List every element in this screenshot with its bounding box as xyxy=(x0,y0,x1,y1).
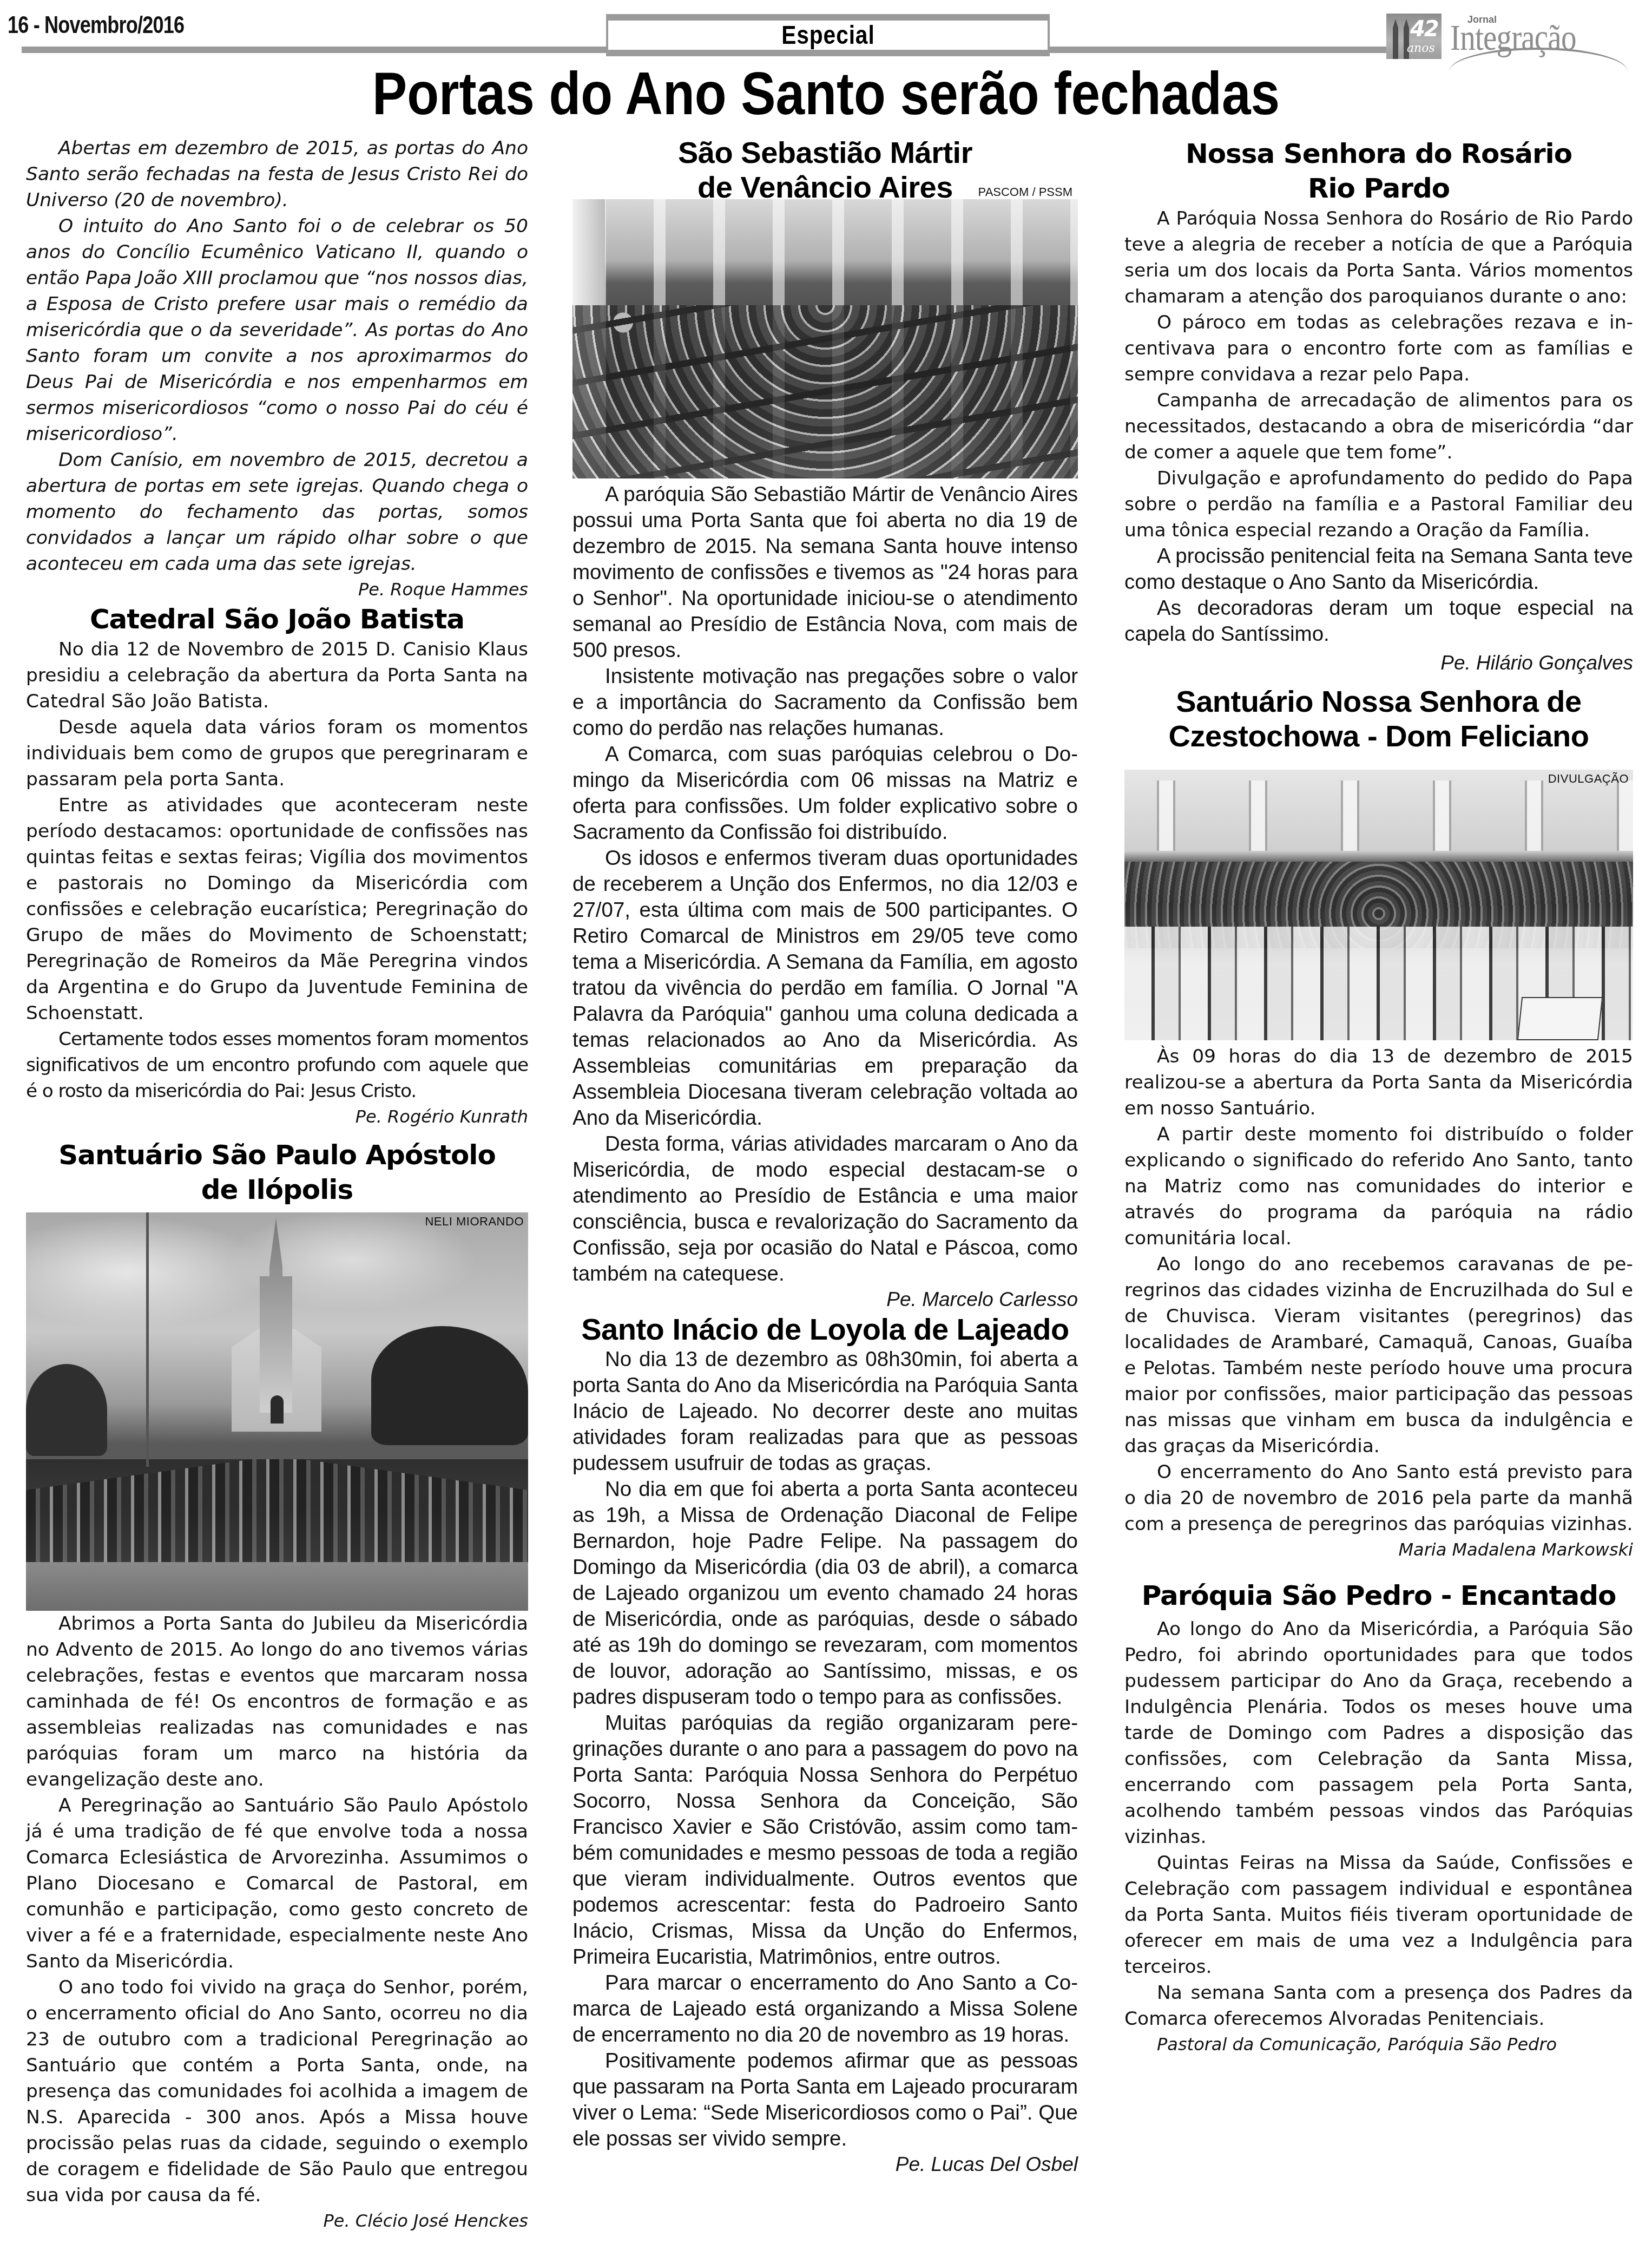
article-paragraph: Campanha de arrecadação de alimentos par… xyxy=(1124,388,1633,465)
crowd xyxy=(26,1459,528,1562)
article-encantado: Paróquia São Pedro - Encantado Ao longo … xyxy=(1124,1578,1633,2057)
article-signature: Pastoral da Comunicação, Paróquia São Pe… xyxy=(1124,2032,1633,2057)
article-paragraph: Para marcar o encerramento do Ano Santo … xyxy=(572,1970,1078,2048)
church-door xyxy=(271,1395,284,1424)
article-title: Paróquia São Pedro - Encantado xyxy=(1124,1578,1633,1613)
article-signature: Pe. Lucas Del Osbel xyxy=(572,2152,1078,2177)
article-signature: Pe. Hilário Gonçalves xyxy=(1124,651,1633,675)
photo-santuario-interior: DIVULGAÇÃO xyxy=(1124,770,1633,1040)
page-headline: Portas do Ano Santo serão fechadas xyxy=(116,58,1537,128)
article-paragraph: Divulgação e aprofundamento do pedido do… xyxy=(1124,465,1633,543)
section-label-box: Especial xyxy=(606,14,1050,56)
article-lajeado: Santo Inácio de Loyola de Lajeado No dia… xyxy=(572,1312,1078,2177)
article-dom-feliciano: Santuário Nossa Senhora de Czestochowa -… xyxy=(1124,684,1633,1562)
church-tower xyxy=(260,1218,292,1413)
article-title: Santuário São Paulo Apóstolo xyxy=(26,1138,528,1172)
article-paragraph: O pároco em todas as celebrações rezava … xyxy=(1124,310,1633,388)
article-paragraph: Entre as atividades que aconteceram nest… xyxy=(26,792,528,1026)
intro-article: Abertas em dezembro de 2015, as portas d… xyxy=(26,135,528,602)
article-paragraph: Quintas Feiras na Missa da Saúde, Confis… xyxy=(1124,1850,1633,1980)
article-paragraph: Às 09 horas do dia 13 de dezembro de 201… xyxy=(1124,1044,1633,1121)
intro-paragraph: Abertas em dezembro de 2015, as portas d… xyxy=(26,135,528,213)
article-title: Catedral São João Batista xyxy=(26,602,528,637)
article-title: Nossa Senhora do Rosário xyxy=(1124,136,1633,171)
photo-credit: PASCOM / PSSM xyxy=(978,185,1072,199)
article-ilopolis: Santuário São Paulo Apóstolo de Ilópolis… xyxy=(26,1138,528,2233)
article-title: São Sebastião Mártir xyxy=(572,135,1078,170)
article-paragraph: As decoradoras deram um toque especial n… xyxy=(1124,595,1633,647)
page-date: 16 - Novembro/2016 xyxy=(8,12,184,39)
article-signature: Maria Madalena Markowski xyxy=(1124,1537,1633,1562)
photo-procession-santuario: NELI MIORANDO xyxy=(26,1212,528,1611)
article-paragraph: Os idosos e enfermos tiveram duas oportu… xyxy=(572,845,1078,1131)
article-signature: Pe. Marcelo Carlesso xyxy=(572,1287,1078,1312)
article-paragraph: Ao longo do Ano da Misericórdia, a Paróq… xyxy=(1124,1616,1633,1850)
badge-number: 42 xyxy=(1410,17,1438,42)
missal-book xyxy=(1517,997,1603,1040)
article-title-line2: Czestochowa - Dom Feliciano xyxy=(1124,719,1633,753)
article-rio-pardo: Nossa Senhora do Rosário Rio Pardo A Par… xyxy=(1124,136,1633,675)
section-label: Especial xyxy=(781,21,874,50)
article-paragraph: A Peregrinação ao Santuário São Paulo Ap… xyxy=(26,1793,528,1975)
badge-sub: anos xyxy=(1407,42,1435,55)
photo-credit: DIVULGAÇÃO xyxy=(1548,772,1629,786)
article-paragraph: O ano todo foi vivido na graça do Senhor… xyxy=(26,1975,528,2208)
article-catedral: Catedral São João Batista No dia 12 de N… xyxy=(26,602,528,1129)
logo-small-label: Jornal xyxy=(1467,14,1497,25)
column-1: Abertas em dezembro de 2015, as portas d… xyxy=(26,135,528,2233)
article-paragraph: Ao longo do ano recebemos caravanas de p… xyxy=(1124,1251,1633,1459)
article-paragraph: A paróquia São Sebastião Mártir de Venân… xyxy=(572,482,1078,664)
photo-credit: NELI MIORANDO xyxy=(425,1215,524,1229)
tree xyxy=(371,1326,528,1445)
column-3: Nossa Senhora do Rosário Rio Pardo A Par… xyxy=(1124,136,1633,2057)
article-paragraph: A procissão penitencial feita na Semana … xyxy=(1124,543,1633,595)
article-paragraph: A partir deste momento foi distribuído o… xyxy=(1124,1121,1633,1251)
photo-church-pews: PASCOM / PSSM xyxy=(572,199,1078,478)
street-lamp xyxy=(146,1212,149,1467)
intro-paragraph: O intuito do Ano Santo foi o de celebrar… xyxy=(26,213,528,447)
article-title-line2: de Ilópolis xyxy=(26,1172,528,1207)
article-paragraph: Insistente motivação nas pregações sobre… xyxy=(572,664,1078,742)
article-paragraph: Desde aquela data vários foram os moment… xyxy=(26,714,528,792)
article-paragraph: Muitas paróquias da região organizaram p… xyxy=(572,1710,1078,1970)
article-paragraph: Positivamente podemos afirmar que as pes… xyxy=(572,2048,1078,2152)
masthead-rule-left xyxy=(22,47,606,53)
article-title: Santuário Nossa Senhora de xyxy=(1124,684,1633,719)
intro-signature: Pe. Roque Hammes xyxy=(26,577,528,602)
article-venancio: São Sebastião Mártir de Venâncio Aires P… xyxy=(572,135,1078,1312)
article-paragraph: A Paróquia Nossa Senhora do Rosário de R… xyxy=(1124,206,1633,310)
article-signature: Pe. Clécio José Henckes xyxy=(26,2208,528,2233)
article-paragraph: No dia 13 de dezembro as 08h30min, foi a… xyxy=(572,1347,1078,1477)
column-2: São Sebastião Mártir de Venâncio Aires P… xyxy=(572,135,1078,2177)
article-paragraph: A Comarca, com suas paróquias celebrou o… xyxy=(572,742,1078,845)
article-paragraph: Abrimos a Porta Santa do Jubileu da Mise… xyxy=(26,1611,528,1793)
newspaper-logo: 42 anos Integração Jornal xyxy=(1385,12,1650,63)
article-paragraph: O encerramento do Ano Santo está previst… xyxy=(1124,1459,1633,1537)
article-paragraph: No dia 12 de Novembro de 2015 D. Canisio… xyxy=(26,637,528,714)
article-paragraph: Desta forma, várias atividades marcaram … xyxy=(572,1131,1078,1287)
article-paragraph: Na semana Santa com a presença dos Padre… xyxy=(1124,1980,1633,2032)
article-paragraph: Certamente todos esses momentos foram mo… xyxy=(26,1026,528,1104)
masthead-rule-right xyxy=(1050,47,1418,53)
tree xyxy=(26,1364,107,1456)
congregation xyxy=(572,305,1078,478)
stained-windows xyxy=(1124,780,1633,851)
article-title: Santo Inácio de Loyola de Lajeado xyxy=(572,1312,1078,1347)
anniversary-badge: 42 anos xyxy=(1386,14,1442,59)
article-signature: Pe. Rogério Kunrath xyxy=(26,1104,528,1129)
intro-paragraph: Dom Canísio, em novembro de 2015, decret… xyxy=(26,447,528,577)
cathedral-spire-icon xyxy=(1393,19,1398,59)
article-title-line2: Rio Pardo xyxy=(1124,171,1633,206)
article-paragraph: No dia em que foi aberta a porta Santa a… xyxy=(572,1477,1078,1710)
